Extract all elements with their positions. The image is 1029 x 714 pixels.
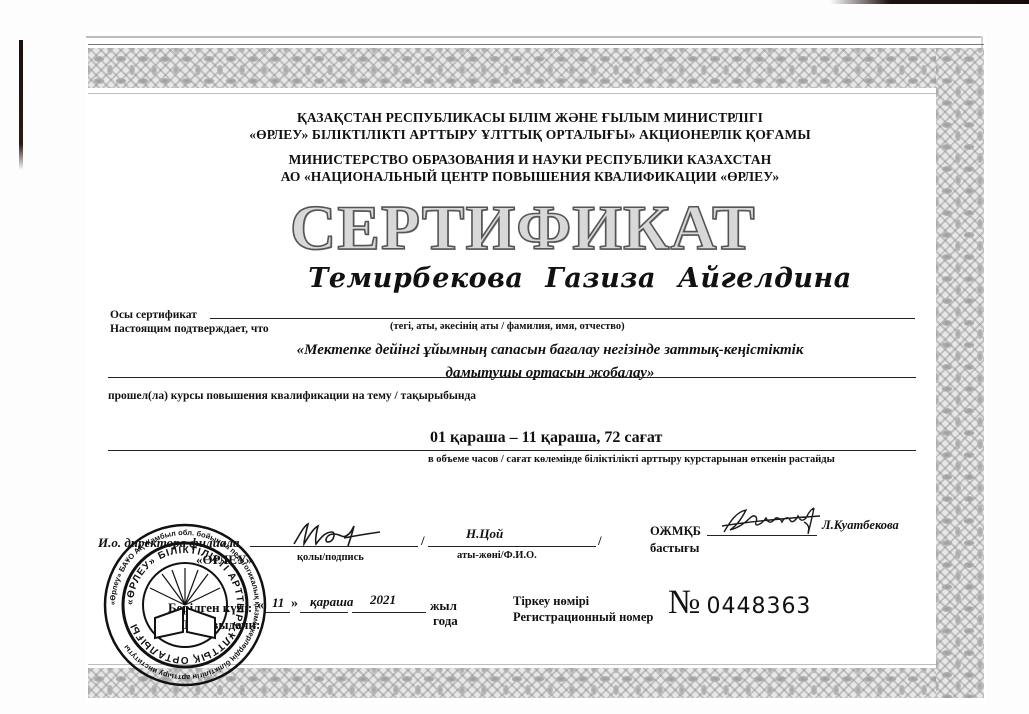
signatory-right-role: ОЖМҚБ <box>650 524 701 538</box>
year-label-kz: жыл <box>430 599 457 613</box>
issue-day: 11 <box>272 596 284 610</box>
official-seal: «Өрлеу» БАҰО АҚ Жамбыл обл. бойынша педа… <box>100 520 270 690</box>
year-label-ru: года <box>433 614 458 628</box>
name-underline <box>210 318 915 319</box>
certificate-content: ҚАЗАҚСТАН РЕСПУБЛИКАСЫ БІЛІМ ЖӘНЕ ҒЫЛЫМ … <box>0 0 1029 714</box>
registration-number-value: 0448363 <box>706 594 811 619</box>
course-topic-line1: «Мектепке дейінгі ұйымның сапасын бағала… <box>240 341 860 359</box>
registration-number: №0448363 <box>668 588 811 622</box>
header-ru-center: АО «НАЦИОНАЛЬНЫЙ ЦЕНТР ПОВЫШЕНИЯ КВАЛИФИ… <box>240 168 820 185</box>
topic-caption: прошел(ла) курсы повышения квалификации … <box>108 389 476 403</box>
seal-sunburst-icon <box>150 568 220 605</box>
header-kz-center: «ӨРЛЕУ» БІЛІКТІЛІКТІ АРТТЫРУ ҰЛТТЫҚ ОРТА… <box>240 126 820 143</box>
signature-caption: қолы/подпись <box>297 551 364 565</box>
confirm-label-ru: Настоящим подтверждает, что <box>110 322 269 336</box>
separator: / <box>598 534 602 548</box>
signatory-right-name: Л.Куатбекова <box>822 518 899 532</box>
confirm-label-kz: Осы сертификат <box>110 308 197 322</box>
certificate-title: СЕРТИФИКАТ <box>290 193 750 263</box>
month-underline <box>300 612 348 613</box>
signature-right <box>716 504 832 538</box>
header-ru-ministry: МИНИСТЕРСТВО ОБРАЗОВАНИЯ И НАУКИ РЕСПУБЛ… <box>240 151 820 168</box>
signatory-right-title: бастығы <box>650 541 699 555</box>
issue-month: қараша <box>310 595 353 609</box>
issue-year: 2021 <box>370 593 396 607</box>
registration-label-kz: Тіркеу нөмірі <box>513 594 589 608</box>
topic-underline <box>108 377 916 378</box>
signatory-left-name: Н.Цой <box>466 527 503 541</box>
header-kazakh: ҚАЗАҚСТАН РЕСПУБЛИКАСЫ БІЛІМ ЖӘНЕ ҒЫЛЫМ … <box>240 109 820 143</box>
name-line <box>428 546 596 547</box>
number-sign: № <box>668 584 700 621</box>
seal-book-icon <box>155 608 215 638</box>
quote-close: » <box>291 597 298 611</box>
name-caption: (тегі, аты, әкесінің аты / фамилия, имя,… <box>390 320 625 334</box>
signature-left <box>288 520 383 550</box>
period-underline <box>108 450 916 451</box>
header-kz-ministry: ҚАЗАҚСТАН РЕСПУБЛИКАСЫ БІЛІМ ЖӘНЕ ҒЫЛЫМ … <box>240 109 820 126</box>
header-russian: МИНИСТЕРСТВО ОБРАЗОВАНИЯ И НАУКИ РЕСПУБЛ… <box>240 151 820 185</box>
course-topic-line2: дамытушы ортасын жобалау» <box>240 364 860 382</box>
separator: / <box>421 534 425 548</box>
course-period: 01 қараша – 11 қараша, 72 сағат <box>430 428 730 448</box>
recipient-name: Темирбекова Газиза Айгелдина <box>290 262 870 296</box>
name-caption-fio: аты-жөні/Ф.И.О. <box>457 549 537 563</box>
registration-label-ru: Регистрационный номер <box>513 610 653 624</box>
hours-caption: в объеме часов / сағат көлемінде білікті… <box>428 453 835 467</box>
year-underline <box>352 612 426 613</box>
